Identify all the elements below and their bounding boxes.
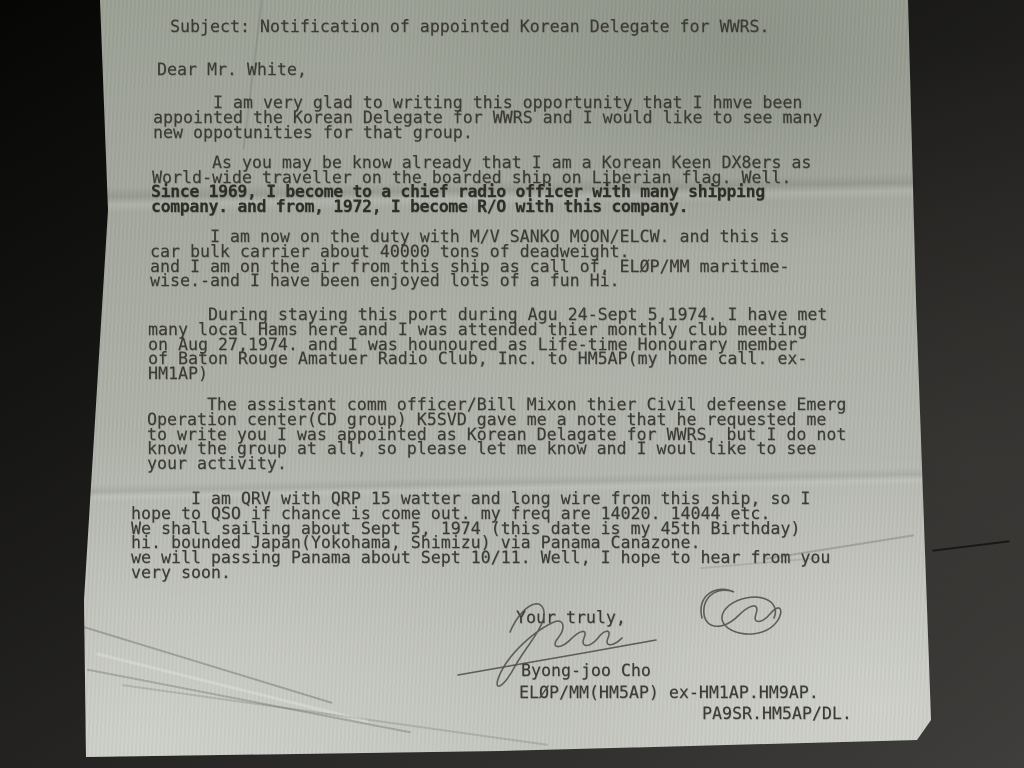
letter-paragraph: I am QRV with QRP 15 watter and long wir… [131, 492, 830, 581]
subject-line: Subject: Notification of appointed Korea… [170, 20, 769, 35]
letter-paragraph-bold-crease: Since 1969, I become to a chief radio of… [151, 185, 765, 215]
letter-paragraph: I am very glad to writing this opportuni… [153, 96, 822, 140]
letter-paragraph: I am now on the duty with M/V SANKO MOON… [150, 230, 789, 289]
typed-signature-name: Byong-joo Cho [521, 664, 651, 679]
letter-paragraph: The assistant comm officer/Bill Mixon th… [147, 398, 846, 472]
letter-paragraph: During staying this port during Agu 24-S… [148, 308, 827, 382]
photo-of-letter: Subject: Notification of appointed Korea… [0, 0, 1024, 768]
letter-paper: Subject: Notification of appointed Korea… [0, 0, 1024, 768]
salutation: Dear Mr. White, [157, 63, 307, 78]
callsign-line: PA9SR.HM5AP/DL. [702, 707, 852, 722]
callsign-line: ELØP/MM(HM5AP) ex-HM1AP.HM9AP. [519, 686, 819, 701]
background-fiber [932, 540, 1010, 551]
